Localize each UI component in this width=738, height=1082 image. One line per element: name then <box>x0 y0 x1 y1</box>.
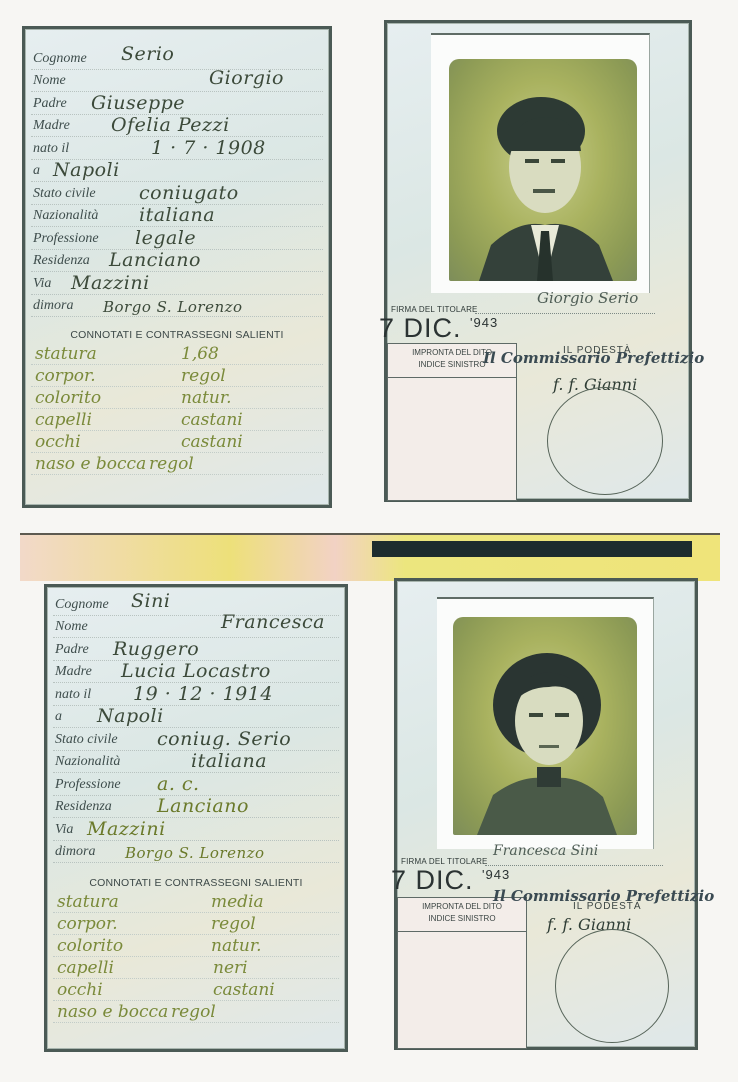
field-row: Stato civileconiugato <box>31 182 323 205</box>
portrait-woman-icon <box>453 617 637 835</box>
field-row: dimoraBorgo S. Lorenzo <box>53 841 339 864</box>
holder-signature: Francesca Sini <box>493 843 598 859</box>
mark-row: coloritonatur. <box>53 935 339 957</box>
field-row: Professionelegale <box>31 227 323 250</box>
section-heading: CONNOTATI E CONTRASSEGNI SALIENTI <box>47 877 345 889</box>
seal-circle <box>547 387 663 495</box>
field-row: NomeGiorgio <box>31 70 323 93</box>
mark-row: naso e boccaregol <box>31 453 323 475</box>
id-card-1-photo-page: FIRMA DEL TITOLARE Giorgio Serio 7 DIC. … <box>384 20 692 502</box>
official-stamp: Il Commissario Prefettizio <box>493 887 714 905</box>
field-row: Stato civileconiug. Serio <box>53 728 339 751</box>
personal-fields: CognomeSini NomeFrancesca PadreRuggero M… <box>53 593 339 863</box>
field-row: Professionea. c. <box>53 773 339 796</box>
field-row: nato il19 · 12 · 1914 <box>53 683 339 706</box>
mark-row: corpor.regol <box>53 913 339 935</box>
portrait-man-icon <box>449 59 637 281</box>
distinguishing-marks: statura1,68 corpor.regol coloritonatur. … <box>31 343 323 475</box>
distinguishing-marks: staturamedia corpor.regol coloritonatur.… <box>53 891 339 1023</box>
field-row: ViaMazzini <box>53 818 339 841</box>
field-row: aNapoli <box>31 160 323 183</box>
field-row: aNapoli <box>53 706 339 729</box>
id-card-2-details-page: CognomeSini NomeFrancesca PadreRuggero M… <box>44 584 348 1052</box>
mark-row: statura1,68 <box>31 343 323 365</box>
issue-date: 7 DIC. '943 <box>379 313 498 344</box>
holder-signature: Giorgio Serio <box>537 289 638 307</box>
field-row: PadreRuggero <box>53 638 339 661</box>
mark-row: capellineri <box>53 957 339 979</box>
field-row: dimoraBorgo S. Lorenzo <box>31 295 323 318</box>
field-row: MadreOfelia Pezzi <box>31 115 323 138</box>
portrait-photo-man <box>449 59 637 281</box>
field-row: ViaMazzini <box>31 272 323 295</box>
mark-row: coloritonatur. <box>31 387 323 409</box>
personal-fields: CognomeSerio NomeGiorgio PadreGiuseppe M… <box>31 47 323 317</box>
official-stamp: Il Commissario Prefettizio <box>483 349 704 367</box>
id-card-1-details-page: CognomeSerio NomeGiorgio PadreGiuseppe M… <box>22 26 332 508</box>
field-row: Nazionalitàitaliana <box>31 205 323 228</box>
id-card-2-photo-page: FIRMA DEL TITOLARE Francesca Sini 7 DIC.… <box>394 578 698 1050</box>
field-row: nato il1 · 7 · 1908 <box>31 137 323 160</box>
mark-row: occhicastani <box>53 979 339 1001</box>
mark-row: naso e boccaregol <box>53 1001 339 1023</box>
field-row: Nazionalitàitaliana <box>53 751 339 774</box>
seal-circle <box>555 929 669 1043</box>
mark-row: staturamedia <box>53 891 339 913</box>
section-heading: CONNOTATI E CONTRASSEGNI SALIENTI <box>25 329 329 341</box>
field-row: MadreLucia Locastro <box>53 661 339 684</box>
field-row: NomeFrancesca <box>53 616 339 639</box>
mark-row: capellicastani <box>31 409 323 431</box>
field-row: ResidenzaLanciano <box>31 250 323 273</box>
portrait-photo-woman <box>453 617 637 835</box>
field-row: PadreGiuseppe <box>31 92 323 115</box>
fingerprint-box: IMPRONTA DEL DITO INDICE SINISTRO <box>397 897 527 1049</box>
paper-strip-dark-band <box>372 541 692 557</box>
mark-row: occhicastani <box>31 431 323 453</box>
field-row: ResidenzaLanciano <box>53 796 339 819</box>
mark-row: corpor.regol <box>31 365 323 387</box>
